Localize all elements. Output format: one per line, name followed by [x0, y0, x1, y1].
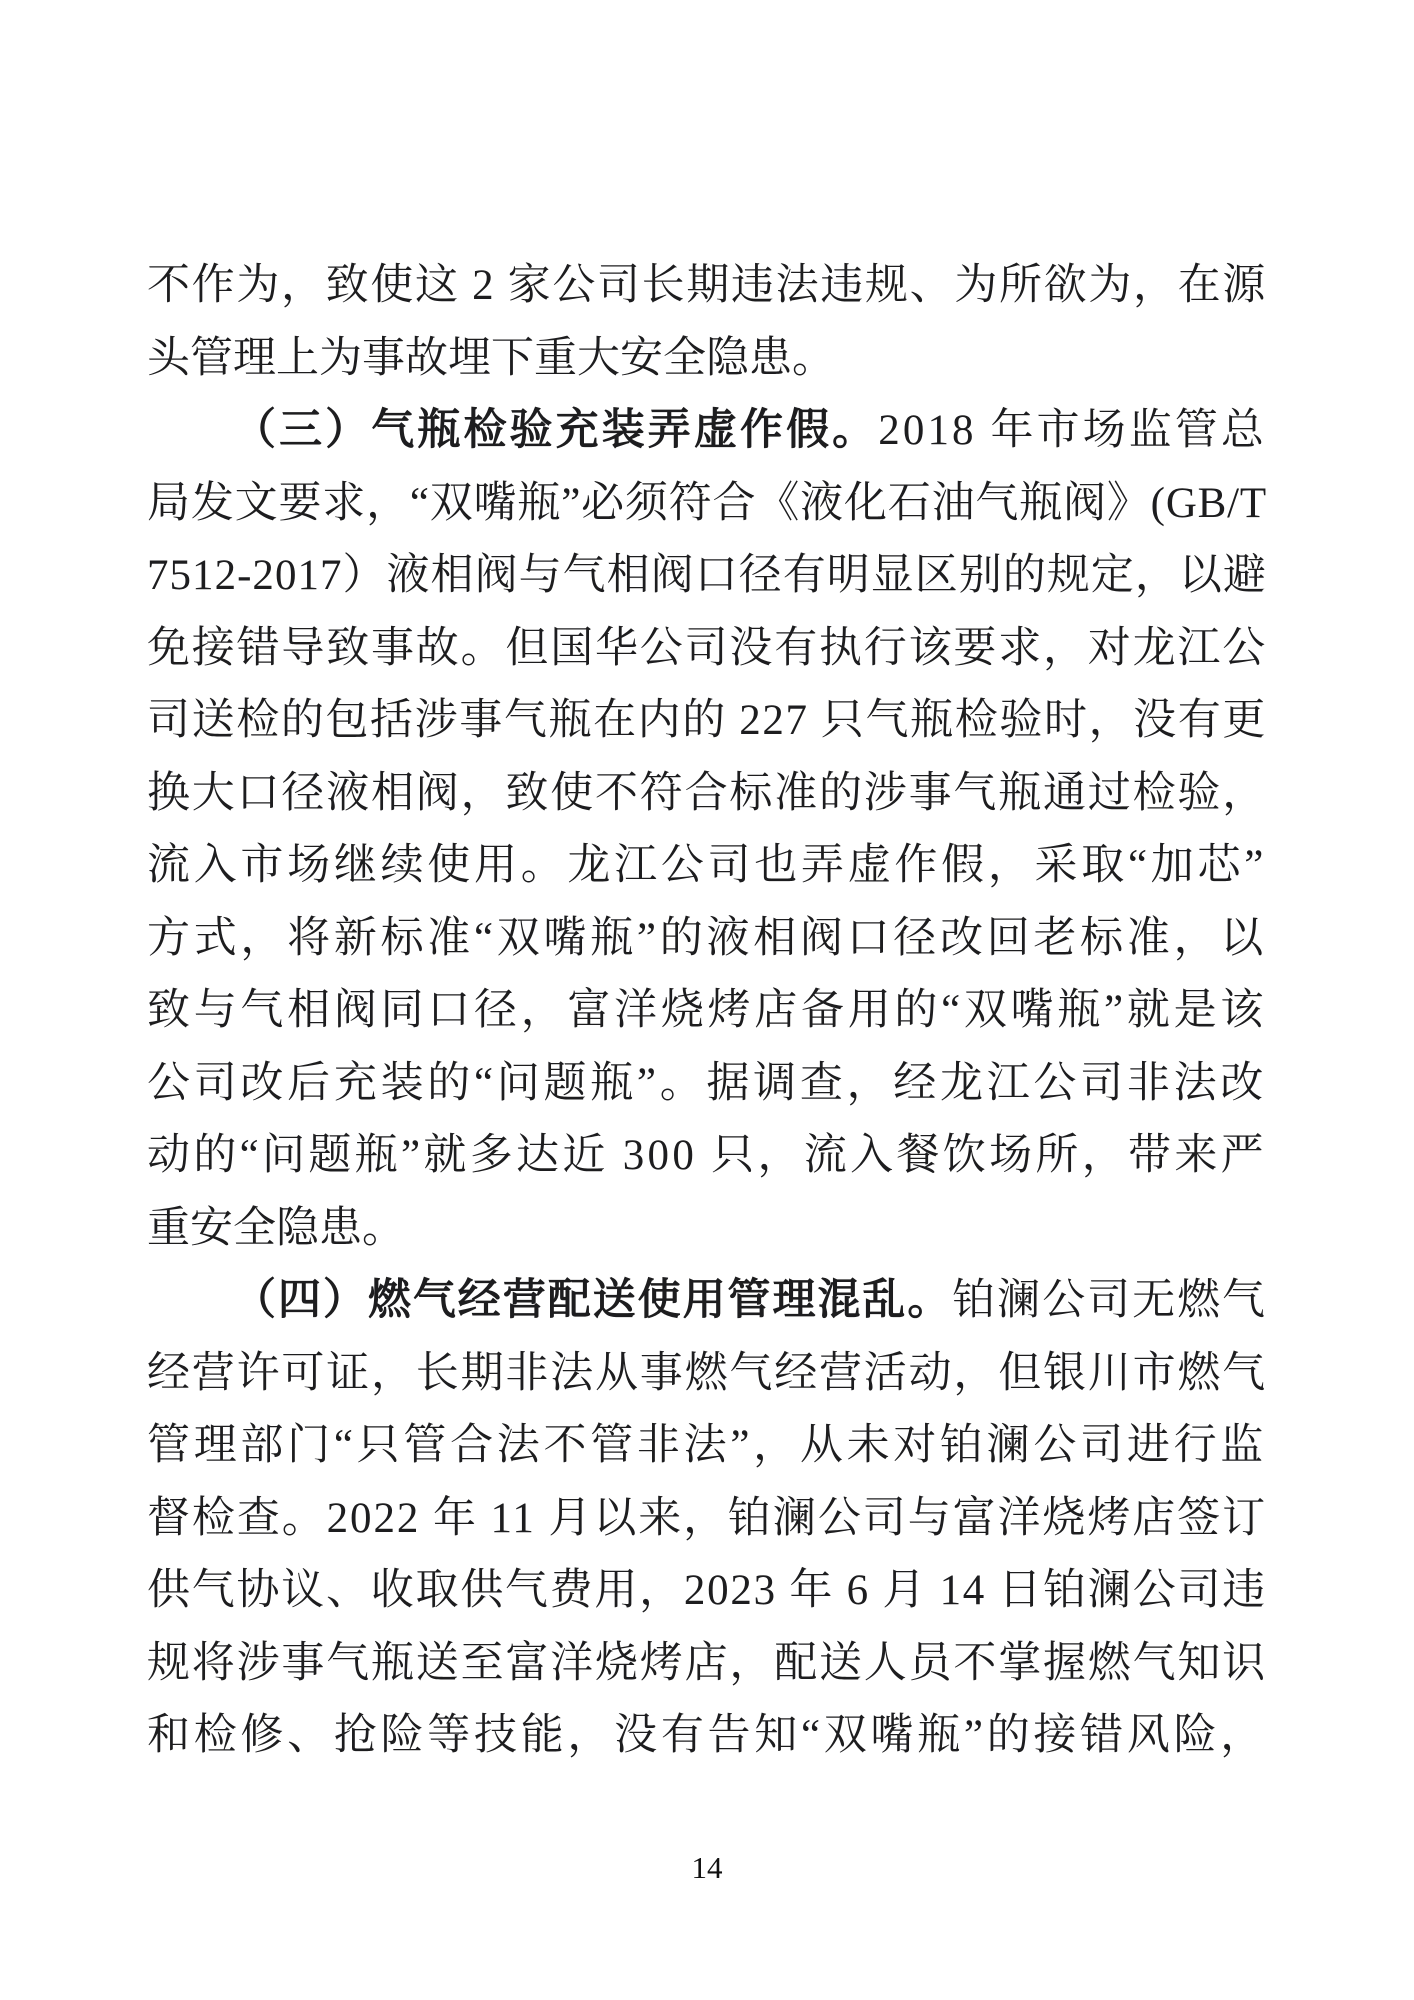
body-text: 免接错导致事故。但国华公司没有执行该要求，对龙江公 — [147, 625, 1267, 672]
body-text: 和检修、抢险等技能，没有告知“双嘴瓶”的接错风险， — [147, 1712, 1267, 1759]
text-line-content: 供气协议、收取供气费用，2023 年 6 月 14 日铂澜公司违 — [147, 1555, 1267, 1628]
text-line: 督检查。2022 年 11 月以来，铂澜公司与富洋烧烤店签订 — [147, 1483, 1267, 1556]
text-line: 不作为，致使这 2 家公司长期违法违规、为所欲为，在源 — [147, 250, 1267, 323]
page-footer: 14 — [0, 1848, 1414, 1888]
body-text: 换大口径液相阀，致使不符合标准的涉事气瓶通过检验， — [147, 770, 1267, 817]
section-heading-text: （三）气瓶检验充装弄虚作假。 — [233, 407, 878, 454]
text-line-content: 督检查。2022 年 11 月以来，铂澜公司与富洋烧烤店签订 — [147, 1483, 1267, 1556]
text-line-content: 流入市场继续使用。龙江公司也弄虚作假，采取“加芯” — [147, 830, 1267, 903]
body-text: 方式，将新标准“双嘴瓶”的液相阀口径改回老标准，以 — [147, 915, 1267, 962]
text-line: 动的“问题瓶”就多达近 300 只，流入餐饮场所，带来严 — [147, 1120, 1267, 1193]
text-line: 流入市场继续使用。龙江公司也弄虚作假，采取“加芯” — [147, 830, 1267, 903]
text-line-content: 换大口径液相阀，致使不符合标准的涉事气瓶通过检验， — [147, 758, 1267, 831]
text-line-content: 方式，将新标准“双嘴瓶”的液相阀口径改回老标准，以 — [147, 903, 1267, 976]
body-text: 铂澜公司无燃气 — [952, 1277, 1267, 1324]
body-text: 头管理上为事故埋下重大安全隐患。 — [147, 335, 835, 382]
body-text: 不作为，致使这 2 家公司长期违法违规、为所欲为，在源 — [147, 262, 1267, 309]
text-line-content: 公司改后充装的“问题瓶”。据调查，经龙江公司非法改 — [147, 1048, 1267, 1121]
section-heading-text: （四）燃气经营配送使用管理混乱。 — [233, 1277, 952, 1324]
text-line-content: 经营许可证，长期非法从事燃气经营活动，但银川市燃气 — [147, 1338, 1267, 1411]
text-line-content: 局发文要求，“双嘴瓶”必须符合《液化石油气瓶阀》(GB/T — [147, 468, 1267, 541]
body-text: 管理部门“只管合法不管非法”，从未对铂澜公司进行监 — [147, 1422, 1267, 1469]
document-page: 不作为，致使这 2 家公司长期违法违规、为所欲为，在源头管理上为事故埋下重大安全… — [0, 0, 1414, 2000]
text-line-content: 司送检的包括涉事气瓶在内的 227 只气瓶检验时，没有更 — [147, 685, 1267, 758]
text-line-content: 头管理上为事故埋下重大安全隐患。 — [147, 323, 835, 396]
body-text: 公司改后充装的“问题瓶”。据调查，经龙江公司非法改 — [147, 1060, 1267, 1107]
body-text: 规将涉事气瓶送至富洋烧烤店，配送人员不掌握燃气知识 — [147, 1640, 1267, 1687]
body-text: 致与气相阀同口径，富洋烧烤店备用的“双嘴瓶”就是该 — [147, 987, 1267, 1034]
body-text: 局发文要求，“双嘴瓶”必须符合《液化石油气瓶阀》(GB/T — [147, 480, 1267, 527]
text-line: 头管理上为事故埋下重大安全隐患。 — [147, 323, 1267, 396]
body-text: 供气协议、收取供气费用，2023 年 6 月 14 日铂澜公司违 — [147, 1567, 1267, 1614]
text-line: （三）气瓶检验充装弄虚作假。2018 年市场监管总 — [147, 395, 1267, 468]
text-line: 方式，将新标准“双嘴瓶”的液相阀口径改回老标准，以 — [147, 903, 1267, 976]
text-line: 经营许可证，长期非法从事燃气经营活动，但银川市燃气 — [147, 1338, 1267, 1411]
text-line: 规将涉事气瓶送至富洋烧烤店，配送人员不掌握燃气知识 — [147, 1628, 1267, 1701]
text-line: 管理部门“只管合法不管非法”，从未对铂澜公司进行监 — [147, 1410, 1267, 1483]
text-line: 致与气相阀同口径，富洋烧烤店备用的“双嘴瓶”就是该 — [147, 975, 1267, 1048]
document-body: 不作为，致使这 2 家公司长期违法违规、为所欲为，在源头管理上为事故埋下重大安全… — [147, 250, 1267, 1773]
text-line-content: 7512-2017）液相阀与气相阀口径有明显区别的规定，以避 — [147, 540, 1267, 613]
text-line-content: 管理部门“只管合法不管非法”，从未对铂澜公司进行监 — [147, 1410, 1267, 1483]
text-line-content: 免接错导致事故。但国华公司没有执行该要求，对龙江公 — [147, 613, 1267, 686]
text-line: 公司改后充装的“问题瓶”。据调查，经龙江公司非法改 — [147, 1048, 1267, 1121]
text-line-content: 和检修、抢险等技能，没有告知“双嘴瓶”的接错风险， — [147, 1700, 1267, 1773]
text-line-content: 动的“问题瓶”就多达近 300 只，流入餐饮场所，带来严 — [147, 1120, 1267, 1193]
body-text: 司送检的包括涉事气瓶在内的 227 只气瓶检验时，没有更 — [147, 697, 1267, 744]
body-text: 2018 年市场监管总 — [878, 407, 1267, 454]
text-line-content: 规将涉事气瓶送至富洋烧烤店，配送人员不掌握燃气知识 — [147, 1628, 1267, 1701]
text-line: 重安全隐患。 — [147, 1193, 1267, 1266]
text-line: 司送检的包括涉事气瓶在内的 227 只气瓶检验时，没有更 — [147, 685, 1267, 758]
text-line: 换大口径液相阀，致使不符合标准的涉事气瓶通过检验， — [147, 758, 1267, 831]
text-line-content: 重安全隐患。 — [147, 1193, 405, 1266]
body-text: 动的“问题瓶”就多达近 300 只，流入餐饮场所，带来严 — [147, 1132, 1267, 1179]
text-line: （四）燃气经营配送使用管理混乱。铂澜公司无燃气 — [147, 1265, 1267, 1338]
text-line: 局发文要求，“双嘴瓶”必须符合《液化石油气瓶阀》(GB/T — [147, 468, 1267, 541]
body-text: 督检查。2022 年 11 月以来，铂澜公司与富洋烧烤店签订 — [147, 1495, 1267, 1542]
text-line: 和检修、抢险等技能，没有告知“双嘴瓶”的接错风险， — [147, 1700, 1267, 1773]
body-text: 经营许可证，长期非法从事燃气经营活动，但银川市燃气 — [147, 1350, 1267, 1397]
body-text: 流入市场继续使用。龙江公司也弄虚作假，采取“加芯” — [147, 842, 1267, 889]
text-line-content: （四）燃气经营配送使用管理混乱。铂澜公司无燃气 — [233, 1265, 1267, 1338]
text-line-content: 不作为，致使这 2 家公司长期违法违规、为所欲为，在源 — [147, 250, 1267, 323]
body-text: 重安全隐患。 — [147, 1205, 405, 1252]
text-line-content: （三）气瓶检验充装弄虚作假。2018 年市场监管总 — [233, 395, 1267, 468]
text-line: 免接错导致事故。但国华公司没有执行该要求，对龙江公 — [147, 613, 1267, 686]
body-text: 7512-2017）液相阀与气相阀口径有明显区别的规定，以避 — [147, 552, 1267, 599]
text-line-content: 致与气相阀同口径，富洋烧烤店备用的“双嘴瓶”就是该 — [147, 975, 1267, 1048]
text-line: 7512-2017）液相阀与气相阀口径有明显区别的规定，以避 — [147, 540, 1267, 613]
text-line: 供气协议、收取供气费用，2023 年 6 月 14 日铂澜公司违 — [147, 1555, 1267, 1628]
page-number: 14 — [692, 1850, 723, 1885]
